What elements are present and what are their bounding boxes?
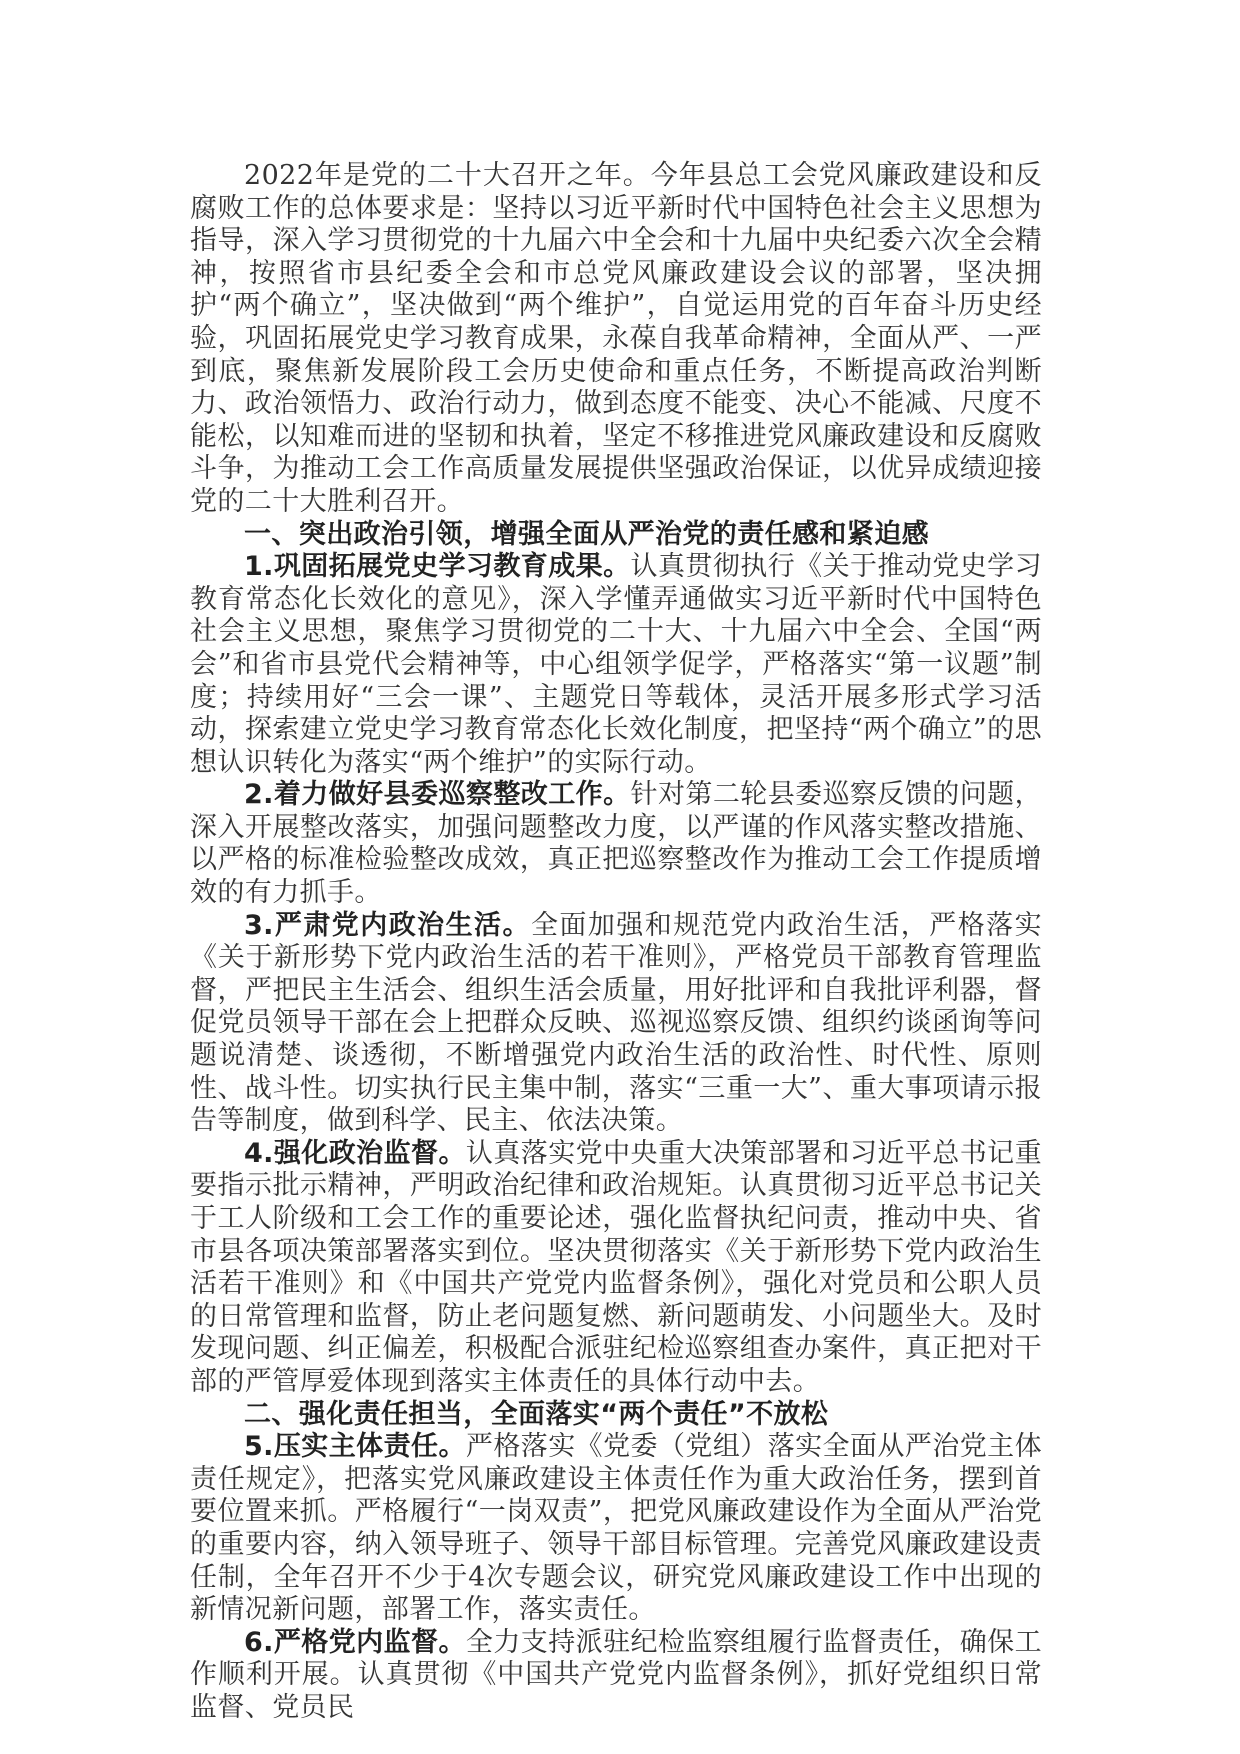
- intro-paragraph: 2022年是党的二十大召开之年。今年县总工会党风廉政建设和反腐败工作的总体要求是…: [190, 160, 1042, 519]
- item-text-4: 认真落实党中央重大决策部署和习近平总书记重要指示批示精神，严明政治纪律和政治规矩…: [190, 1138, 1042, 1397]
- item-paragraph-6: 6.严格党内监督。全力支持派驻纪检监察组履行监督责任，确保工作顺利开展。认真贯彻…: [190, 1627, 1042, 1725]
- item-paragraph-2: 2.着力做好县委巡察整改工作。针对第二轮县委巡察反馈的问题，深入开展整改落实，加…: [190, 779, 1042, 909]
- item-paragraph-1: 1.巩固拓展党史学习教育成果。认真贯彻执行《关于推动党史学习教育常态化长效化的意…: [190, 551, 1042, 779]
- item-lead-4: 4.强化政治监督。: [244, 1138, 466, 1169]
- item-lead-2: 2.着力做好县委巡察整改工作。: [244, 779, 631, 810]
- item-paragraph-4: 4.强化政治监督。认真落实党中央重大决策部署和习近平总书记重要指示批示精神，严明…: [190, 1138, 1042, 1399]
- section-heading-2: 二、强化责任担当，全面落实“两个责任”不放松: [190, 1399, 1042, 1432]
- item-lead-5: 5.压实主体责任。: [244, 1431, 466, 1462]
- item-text-3: 全面加强和规范党内政治生活，严格落实《关于新形势下党内政治生活的若干准则》，严格…: [190, 910, 1042, 1137]
- document-page: 2022年是党的二十大召开之年。今年县总工会党风廉政建设和反腐败工作的总体要求是…: [190, 160, 1042, 1725]
- item-paragraph-5: 5.压实主体责任。严格落实《党委（党组）落实全面从严治党主体责任规定》，把落实党…: [190, 1431, 1042, 1627]
- item-text-1: 认真贯彻执行《关于推动党史学习教育常态化长效化的意见》，深入学懂弄通做实习近平新…: [190, 551, 1042, 778]
- item-lead-1: 1.巩固拓展党史学习教育成果。: [244, 551, 631, 582]
- section-heading-1: 一、突出政治引领，增强全面从严治党的责任感和紧迫感: [190, 519, 1042, 552]
- item-paragraph-3: 3.严肃党内政治生活。全面加强和规范党内政治生活，严格落实《关于新形势下党内政治…: [190, 910, 1042, 1138]
- item-lead-6: 6.严格党内监督。: [244, 1627, 466, 1658]
- item-lead-3: 3.严肃党内政治生活。: [244, 910, 531, 941]
